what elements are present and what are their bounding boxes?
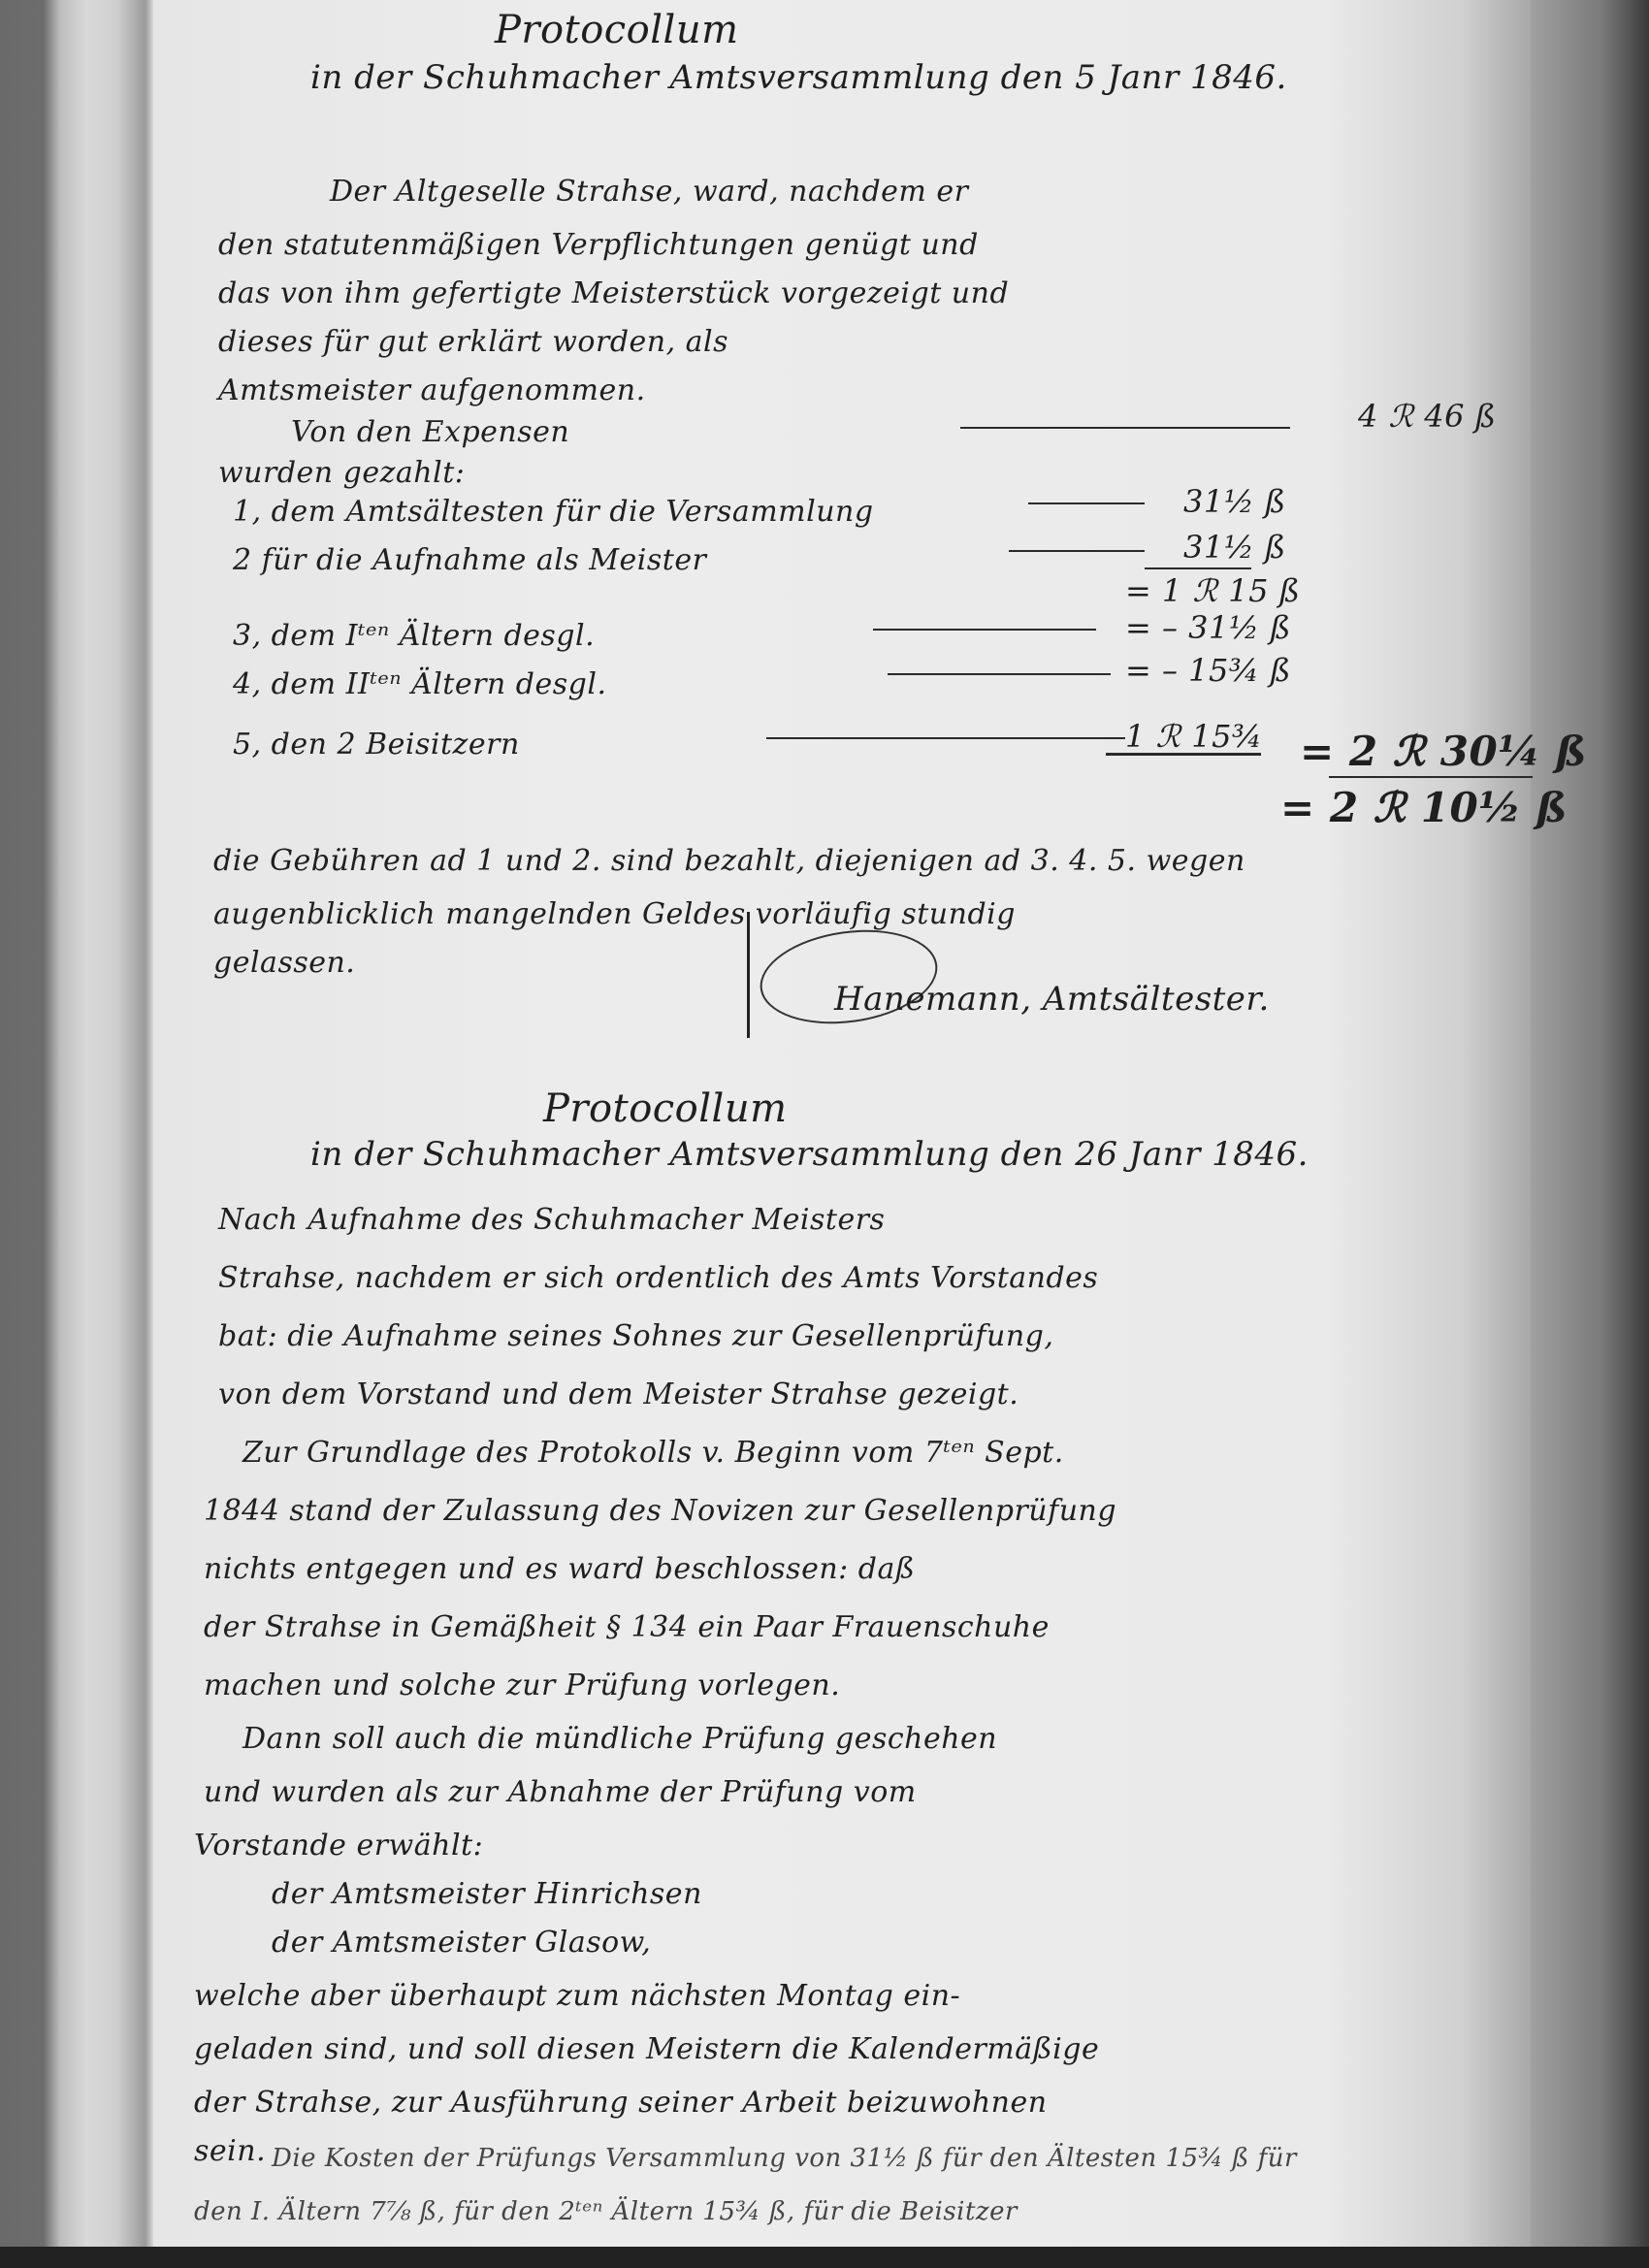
- item-3-amount: = – 31½ ß: [1125, 609, 1291, 646]
- paid-label: wurden gezahlt:: [218, 456, 465, 490]
- item-2-amount: 31½ ß: [1183, 529, 1286, 566]
- cost-note-line: den I. Ältern 7⅞ ß, für den 2ᵗᵉⁿ Ältern …: [194, 2197, 1018, 2226]
- closing-line: gelassen.: [213, 946, 355, 980]
- item-5-amount: 1 ℛ 15¾: [1125, 718, 1262, 755]
- leader-line: [888, 673, 1111, 675]
- scan-bottom-edge: [0, 2247, 1649, 2268]
- protocol-1-heading: Protocollum: [495, 8, 739, 52]
- sum-rule: [1106, 753, 1261, 756]
- items-1-2-subtotal: = 1 ℛ 15 ß: [1125, 572, 1300, 609]
- item-3: 3, dem Iᵗᵉⁿ Ältern desgl.: [233, 619, 595, 653]
- protocol-1-subheading: in der Schuhmacher Amtsversammlung den 5…: [310, 58, 1287, 97]
- cost-note-line: Die Kosten der Prüfungs Versammlung von …: [272, 2144, 1297, 2173]
- protocol-2-body-line: sein.: [194, 2134, 266, 2168]
- protocol-1-body-line: den statutenmäßigen Verpflichtungen genü…: [218, 228, 979, 262]
- protocol-1-body-line: Der Altgeselle Strahse, ward, nachdem er: [330, 175, 969, 209]
- protocol-2-body-line: Zur Grundlage des Protokolls v. Beginn v…: [242, 1436, 1064, 1470]
- protocol-2-body-line: und wurden als zur Abnahme der Prüfung v…: [204, 1775, 917, 1809]
- leader-line: [873, 629, 1096, 631]
- protocol-2-subheading: in der Schuhmacher Amtsversammlung den 2…: [310, 1135, 1309, 1174]
- sum-rule: [1329, 776, 1533, 778]
- leader-line: [960, 427, 1290, 429]
- signature-flourish: [747, 912, 944, 1038]
- closing-line: die Gebühren ad 1 und 2. sind bezahlt, d…: [213, 844, 1245, 878]
- protocol-2-body-line: Nach Aufnahme des Schuhmacher Meisters: [218, 1203, 885, 1237]
- protocol-2-body-line: geladen sind, und soll diesen Meistern d…: [194, 2032, 1099, 2066]
- signature: Hanemann, Amtsältester.: [834, 980, 1270, 1019]
- protocol-2-body-line: Dann soll auch die mündliche Prüfung ges…: [242, 1722, 997, 1756]
- leader-line: [1028, 502, 1145, 504]
- leader-line: [1009, 550, 1145, 552]
- protocol-2-body-line: der Strahse, zur Ausführung seiner Arbei…: [194, 2086, 1048, 2120]
- protocol-1-body-line: dieses für gut erklärt worden, als: [218, 325, 728, 359]
- subtotal: = 2 ℛ 30¼ ß: [1300, 728, 1587, 775]
- grand-total: = 2 ℛ 10½ ß: [1280, 784, 1568, 831]
- expenses-total: 4 ℛ 46 ß: [1358, 398, 1497, 435]
- item-4: 4, dem IIᵗᵉⁿ Ältern desgl.: [233, 667, 606, 701]
- protocol-2-body-line: bat: die Aufnahme seines Sohnes zur Gese…: [218, 1319, 1053, 1353]
- protocol-2-body-line: welche aber überhaupt zum nächsten Monta…: [194, 1979, 960, 2013]
- sum-rule: [1145, 567, 1251, 569]
- protocol-2-heading: Protocollum: [543, 1086, 788, 1131]
- page-edge-shadow: [1531, 0, 1649, 2268]
- item-1: 1, dem Amtsältesten für die Versammlung: [233, 495, 874, 529]
- protocol-2-body-line: Vorstande erwählt:: [194, 1829, 483, 1863]
- item-2: 2 für die Aufnahme als Meister: [233, 543, 706, 577]
- protocol-2-body-line: nichts entgegen und es ward beschlossen:…: [204, 1552, 915, 1586]
- protocol-2-body-line: von dem Vorstand und dem Meister Strahse…: [218, 1377, 1018, 1411]
- expenses-label: Von den Expensen: [291, 415, 569, 449]
- book-gutter: [0, 0, 155, 2268]
- item-4-amount: = – 15¾ ß: [1125, 652, 1291, 689]
- item-5: 5, den 2 Beisitzern: [233, 728, 520, 761]
- protocol-2-body-line: 1844 stand der Zulassung des Novizen zur…: [204, 1494, 1116, 1528]
- protocol-2-body-line: machen und solche zur Prüfung vorlegen.: [204, 1669, 840, 1702]
- leader-line: [766, 737, 1125, 739]
- examiner-2: der Amtsmeister Glasow,: [272, 1926, 651, 1960]
- protocol-1-body-line: das von ihm gefertigte Meisterstück vorg…: [218, 276, 1009, 310]
- protocol-1-body-line: Amtsmeister aufgenommen.: [218, 373, 646, 407]
- examiner-1: der Amtsmeister Hinrichsen: [272, 1877, 702, 1911]
- protocol-2-body-line: der Strahse in Gemäßheit § 134 ein Paar …: [204, 1610, 1050, 1644]
- protocol-2-body-line: Strahse, nachdem er sich ordentlich des …: [218, 1261, 1098, 1295]
- item-1-amount: 31½ ß: [1183, 483, 1286, 520]
